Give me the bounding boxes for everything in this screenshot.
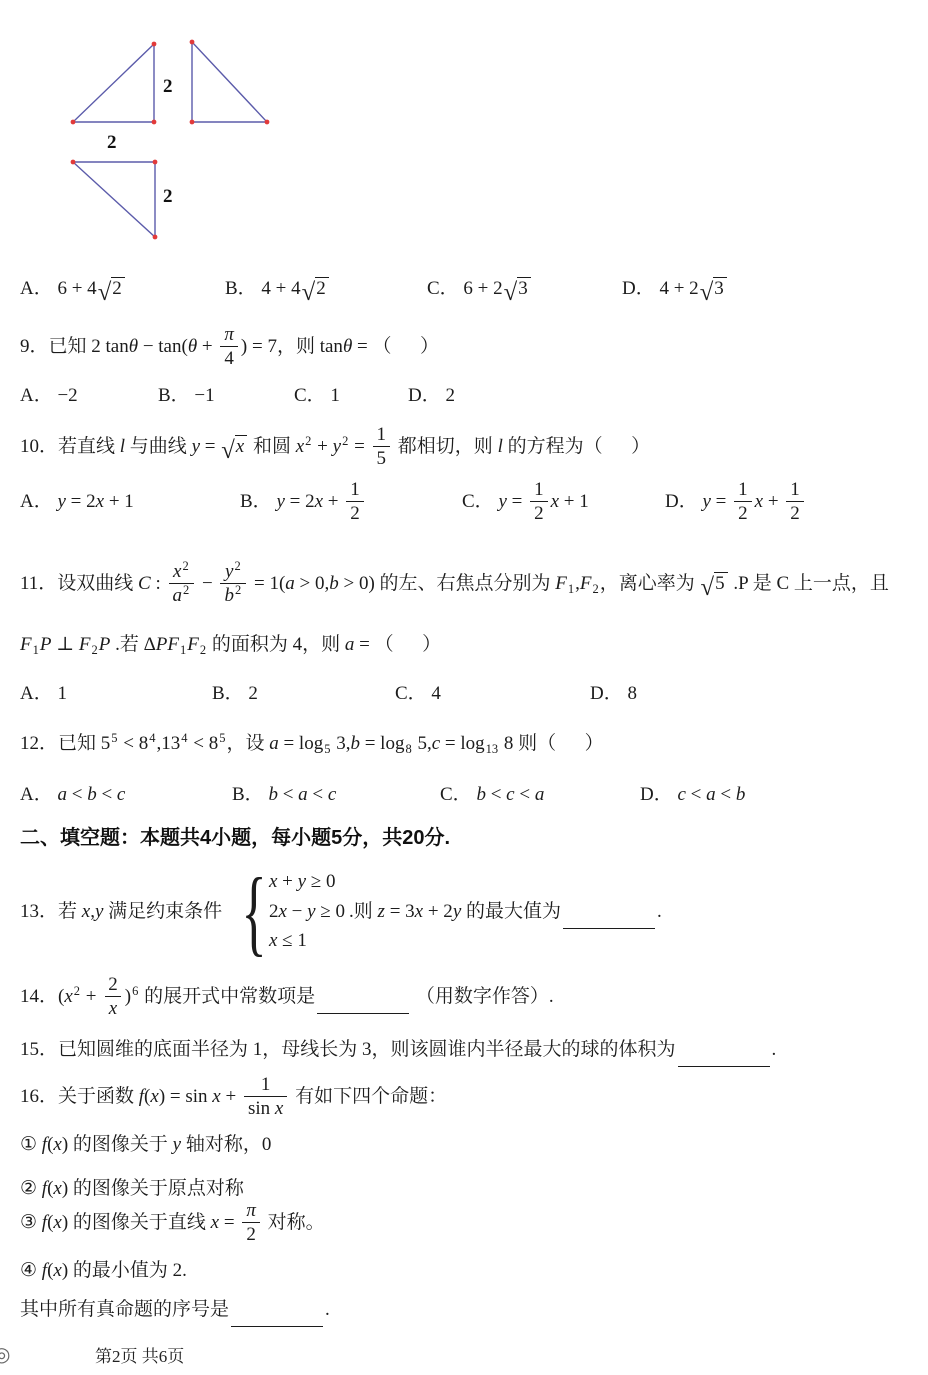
q13-stem: 13．若 x,y 满足约束条件 {x + y ≥ 02x − y ≥ 0x ≤ … [20,862,662,962]
numerator: 1 [734,479,752,501]
math-var: a [173,585,183,607]
superscript: 2 [305,434,311,449]
math-text: < [515,784,535,807]
fraction: 15 [373,424,391,470]
numerator: π [220,324,238,346]
math-var: b [268,784,278,807]
math-var: y [225,561,233,583]
math-text: ，设 [226,733,269,756]
numerator: 2 [104,974,122,996]
q12-option-c: C． b < c < a [440,780,544,810]
math-var: z [378,901,385,924]
math-var: θ [129,336,138,359]
math-text: 2 [108,974,118,996]
square-root: √5 [701,572,728,596]
superscript: 2 [342,434,348,449]
math-text: ≥ 0 [306,871,335,894]
math-var: x [173,561,181,583]
denominator: 2 [242,1222,260,1246]
math-text: 10．若直线 [20,436,120,459]
superscript: 2 [74,984,80,999]
math-text: C． 1 [294,385,340,408]
radicand: 2 [315,277,329,301]
q16-prop-3: ③ f(x) 的图像关于直线 x = π2 对称。 [20,1195,325,1251]
square-root: √3 [700,277,727,301]
numerator: 1 [530,479,548,501]
denominator: 4 [220,346,238,370]
math-text: ) [125,986,131,1009]
math-text: − [197,573,217,596]
math-text: = 1( [249,573,285,596]
radicand: 3 [517,277,531,301]
cases-system: {x + y ≥ 02x − y ≥ 0x ≤ 1 [231,864,345,960]
math-var: x [755,491,763,514]
math-var: x [150,1086,158,1109]
fraction: 12 [734,479,752,525]
math-var: x [278,901,286,924]
math-var: y [276,491,284,514]
math-text: 有如下四个命题： [290,1086,447,1109]
math-var: x [211,1212,219,1235]
math-text: 都相切，则 [393,436,498,459]
denominator: 5 [373,446,391,470]
math-text: 1 [534,479,544,501]
q11-option-c: C． 4 [395,681,441,707]
math-var: b [736,784,746,807]
math-text: .若 Δ [110,634,155,657]
numerator: 1 [373,424,391,446]
math-text: A． [20,491,57,514]
math-text: 2 [112,278,122,299]
superscript: 4 [149,731,155,746]
answer-blank [231,1307,323,1327]
math-var: b [476,784,486,807]
math-text: B． 4 + 4 [225,278,301,301]
math-text: . [657,901,662,924]
square-root: √x [221,435,247,459]
q16-conclusion: 其中所有真命题的序号是. [20,1295,330,1325]
denominator: 2 [734,501,752,525]
numerator: 1 [786,479,804,501]
math-var: θ [343,336,352,359]
math-var: c [432,733,440,756]
math-text: < [686,784,706,807]
radical-icon: √ [700,282,714,303]
math-var: a [345,634,355,657]
math-var: x [64,986,72,1009]
math-text: A． −2 [20,385,78,408]
q10-stem: 10．若直线 l 与曲线 y = √x 和圆 x2 + y2 = 15 都相切，… [20,416,650,478]
section-2-header: 二、填空题：本题共4小题，每小题5分，共20分. [20,823,450,853]
math-text: < [716,784,736,807]
q8-option-d: D． 4 + 2√3 [622,272,728,306]
math-text: = [507,491,527,514]
answer-blank [317,994,409,1014]
denominator: b2 [220,583,246,607]
math-var: y [95,901,103,924]
math-text: < [97,784,117,807]
denominator: a2 [169,583,195,607]
square-root: √2 [98,277,125,301]
fraction: 12 [346,479,364,525]
math-text: sin [248,1098,275,1120]
brace-icon: { [241,864,266,960]
math-var: b [224,585,234,607]
math-text: 4 [224,348,234,370]
math-text: ⊥ [51,634,78,657]
math-text: 13．若 [20,901,82,924]
numerator: 1 [346,479,364,501]
math-text: + [312,436,332,459]
superscript: 5 [111,731,117,746]
math-text: : [151,573,166,596]
math-text: = [711,491,731,514]
math-text: 1 [377,424,387,446]
q10-option-b: B． y = 2x + 12 [240,472,367,532]
q12-stem: 12．已知 55 < 84,134 < 85，设 a = log5 3,b = … [20,725,604,763]
answer-blank [678,1047,770,1067]
q9-stem: 9．已知 2 tanθ − tan(θ + π4) = 7，则 tanθ = （… [20,316,439,378]
math-var: y [57,491,65,514]
math-text: 轴对称，0 [181,1134,271,1157]
math-text: ≤ 1 [277,930,306,953]
math-var: F [79,634,91,657]
math-var: x [53,1212,61,1235]
math-text: D． [665,491,702,514]
math-var: π [224,324,234,346]
q9-option-a: A． −2 [20,383,78,409]
math-text: ③ [20,1212,42,1235]
case-line: x + y ≥ 0 [269,871,345,894]
math-text: 对称。 [263,1212,325,1235]
math-var: y [702,491,710,514]
subscript: 2 [91,643,97,658]
radicand: 2 [111,277,125,301]
math-var: x [53,1134,61,1157]
q11-stem-line2: F1P ⊥ F2P .若 ΔPF1F2 的面积为 4，则 a = （ ） [20,628,441,662]
math-var: y [298,871,306,894]
math-text: B． 2 [212,683,258,706]
superscript: 2 [235,583,241,597]
subscript: 1 [180,643,186,658]
math-var: c [506,784,514,807]
math-text: 14．( [20,986,64,1009]
subscript: 13 [486,742,499,757]
denominator: x [105,996,121,1020]
math-text: . [772,1039,777,1062]
math-var: C [138,573,151,596]
math-text: D． 8 [590,683,637,706]
q8-option-a: A． 6 + 4√2 [20,272,126,306]
math-var: PF [156,634,179,657]
superscript: 2 [234,559,240,573]
math-text: 3, [331,733,350,756]
math-var: a [269,733,279,756]
triangle-edges [73,42,267,237]
q9-option-d: D． 2 [408,383,455,409]
math-text: 的最大值为 [461,901,561,924]
exam-page: { "page": { "footer": { "mark": "◎", "la… [0,0,928,1375]
math-text: < 8 [188,733,218,756]
math-text: = log [440,733,485,756]
math-text: B． [232,784,268,807]
math-text: 的展开式中常数项是 [139,986,315,1009]
math-var: F [555,573,567,596]
radical-icon: √ [98,282,112,303]
math-var: c [117,784,125,807]
math-var: y [333,436,341,459]
math-text: ) = 7，则 tan [241,336,343,359]
q11-stem-line1: 11．设双曲线 C : x2a2 − y2b2 = 1(a > 0,b > 0)… [20,548,889,620]
math-var: b [350,733,360,756]
math-text: 2 [246,1224,256,1246]
math-text: + [277,871,297,894]
math-text: 与曲线 [125,436,192,459]
math-text: A． [20,784,57,807]
radical-icon: √ [701,577,715,598]
fraction: π2 [242,1200,260,1246]
math-text: 15．已知圆维的底面半径为 1，母线长为 3，则该圆谁内半径最大的球的体积为 [20,1039,676,1062]
denominator: 2 [786,501,804,525]
math-text: + [197,336,217,359]
math-var: y [453,901,461,924]
numerator: 1 [257,1074,275,1096]
subscript: 8 [405,742,411,757]
math-var: y [192,436,200,459]
math-var: a [535,784,545,807]
q11-option-d: D． 8 [590,681,637,707]
subscript: 2 [200,643,206,658]
math-var: θ [188,336,197,359]
math-var: x [275,1098,283,1120]
math-var: y [498,491,506,514]
math-text: 2 [738,503,748,525]
math-text: = [349,436,369,459]
math-var: x [212,1086,220,1109]
watermark-circle-icon: ◎ [0,1342,10,1367]
math-text: − tan( [138,336,188,359]
math-text: = （ ） [354,634,441,657]
math-var: a [57,784,67,807]
math-text: 其中所有真命题的序号是 [20,1299,229,1322]
subscript: 1 [33,643,39,658]
math-var: b [329,573,339,596]
math-var: c [677,784,685,807]
triangles-figure: 2 2 2 [62,30,280,248]
math-text: B． [240,491,276,514]
math-var: b [87,784,97,807]
radicand: 3 [713,277,727,301]
superscript: 5 [219,731,225,746]
math-text: 2 [534,503,544,525]
superscript: 2 [182,559,188,573]
page-footer: 第2页 共6页 [95,1346,184,1368]
math-text: 的方程为（ ） [503,436,650,459]
math-text: 3 [518,278,528,299]
radical-icon: √ [221,440,235,461]
label-side-2c: 2 [163,186,173,207]
math-text: < 8 [119,733,149,756]
q8-option-c: C． 6 + 2√3 [427,272,532,306]
math-var: c [328,784,336,807]
math-text: 8 则（ ） [499,733,604,756]
math-text: < [308,784,328,807]
math-var: x [551,491,559,514]
q10-option-d: D． y = 12x + 12 [665,472,807,532]
math-text: ) 的最小值为 2. [62,1260,187,1283]
math-var: a [298,784,308,807]
math-text: .则 [349,901,378,924]
math-text: 和圆 [248,436,296,459]
math-text: C． 4 [395,683,441,706]
math-text: 11．设双曲线 [20,573,138,596]
math-text: 1 [350,479,360,501]
cases-lines: x + y ≥ 02x − y ≥ 0x ≤ 1 [269,871,345,953]
math-var: F [580,573,592,596]
math-text: > 0) 的左、右焦点分别为 [339,573,556,596]
math-text: ≥ 0 [316,901,345,924]
math-text: （用数字作答）. [411,986,554,1009]
q8-option-b: B． 4 + 4√2 [225,272,330,306]
math-text: = （ ） [352,336,439,359]
math-text: 2 [790,503,800,525]
math-text: − [287,901,307,924]
radical-icon: √ [302,282,316,303]
numerator: y2 [221,561,246,583]
math-var: a [285,573,295,596]
math-text: ) 的图像关于直线 [62,1212,211,1235]
math-text: = 2 [285,491,315,514]
math-text: 12．已知 5 [20,733,110,756]
math-var: P [99,634,111,657]
answer-blank [563,909,655,929]
math-text: < [278,784,298,807]
math-var: x [109,998,117,1020]
superscript: 2 [183,583,189,597]
radical-icon: √ [504,282,518,303]
math-text: = 3 [385,901,415,924]
q10-option-c: C． y = 12x + 1 [462,472,589,532]
math-var: F [20,634,32,657]
q15-stem: 15．已知圆维的底面半径为 1，母线长为 3，则该圆谁内半径最大的球的体积为. [20,1036,776,1064]
math-text: + 2 [423,901,453,924]
math-text: A． 6 + 4 [20,278,97,301]
q10-option-a: A． y = 2x + 1 [20,472,134,532]
math-text: 满足约束条件 [103,901,227,924]
denominator: 2 [530,501,548,525]
math-text: = log [360,733,405,756]
q9-option-b: B． −1 [158,383,215,409]
math-text: 5 [715,573,725,594]
math-var: x [269,871,277,894]
q9-option-c: C． 1 [294,383,340,409]
math-text: 5, [413,733,432,756]
math-var: x [82,901,90,924]
subscript: 2 [593,582,599,597]
math-text: D． 2 [408,385,455,408]
math-var: F [187,634,199,657]
math-text: D． 4 + 2 [622,278,699,301]
math-text: < [486,784,506,807]
math-text: .P 是 C 上一点，且 [729,573,889,596]
math-var: x [269,930,277,953]
math-var: y [173,1134,181,1157]
math-text: C． 6 + 2 [427,278,503,301]
case-line: 2x − y ≥ 0 [269,901,345,924]
math-text: ) 的图像关于 [62,1134,173,1157]
math-text: + [763,491,783,514]
math-text: ) = sin [159,1086,212,1109]
subscript: 5 [324,742,330,757]
radicand: 5 [714,572,728,596]
math-text: + 1 [104,491,134,514]
subscript: 1 [568,582,574,597]
math-text: 1 [738,479,748,501]
math-text: + 1 [559,491,589,514]
math-text: 3 [714,278,724,299]
q11-option-b: B． 2 [212,681,258,707]
math-text: = log [279,733,324,756]
math-text: + [81,986,101,1009]
label-side-2a: 2 [163,76,173,97]
math-text: = [219,1212,239,1235]
q16-prop-1: ① f(x) 的图像关于 y 轴对称，0 [20,1130,271,1160]
numerator: π [242,1200,260,1222]
math-text: 16．关于函数 [20,1086,139,1109]
fraction: x2a2 [169,561,195,607]
math-var: x [96,491,104,514]
math-text: > 0, [295,573,329,596]
math-text: B． −1 [158,385,215,408]
label-side-2b: 2 [107,132,117,153]
math-text: A． 1 [20,683,67,706]
math-text: 2 [316,278,326,299]
math-text: 的面积为 4，则 [207,634,345,657]
denominator: 2 [346,501,364,525]
radicand: x [235,435,247,459]
vertex-dots [71,40,270,240]
math-text: + [221,1086,241,1109]
math-var: y [307,901,315,924]
math-text: = 2 [66,491,96,514]
superscript: 6 [132,984,138,999]
fraction: y2b2 [220,561,246,607]
numerator: x2 [169,561,194,583]
triangle-top-right [192,42,267,122]
square-root: √3 [504,277,531,301]
fraction: 2x [104,974,122,1020]
math-text: 1 [790,479,800,501]
side-length-labels: 2 2 2 [107,76,173,207]
math-var: x [415,901,423,924]
denominator: sin x [244,1096,287,1120]
math-text: + [323,491,343,514]
q11-option-a: A． 1 [20,681,67,707]
math-var: x [53,1260,61,1283]
fraction: 1sin x [244,1074,287,1120]
math-text: 5 [377,448,387,470]
math-text: 1 [261,1074,271,1096]
q16-prop-4: ④ f(x) 的最小值为 2. [20,1256,187,1286]
q16-stem: 16．关于函数 f(x) = sin x + 1sin x 有如下四个命题： [20,1066,447,1128]
math-text: ，离心率为 [600,573,700,596]
triangle-top-left [73,44,154,122]
math-text: ,13 [156,733,180,756]
math-text: 2 [350,503,360,525]
fraction: π4 [220,324,238,370]
triangle-bottom [73,162,155,237]
math-text: ① [20,1134,42,1157]
